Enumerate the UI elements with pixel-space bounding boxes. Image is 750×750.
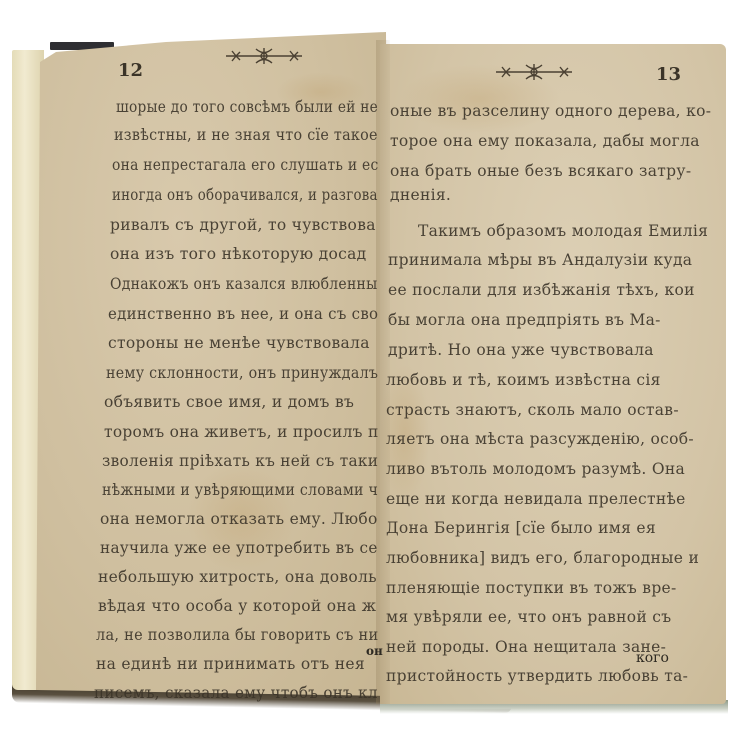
text-line: ривалъ съ другой, то чувствова — [110, 216, 376, 234]
right-page-number: 13 — [656, 64, 681, 85]
text-line: писемъ, сказала ему чтобъ онъ кл — [94, 684, 378, 702]
text-line: она немогла отказать ему. Любо — [100, 510, 378, 528]
text-line: пленяющiе поступки въ тожъ вре- — [386, 579, 677, 597]
text-line: торомъ она живетъ, и просилъ п — [104, 423, 379, 441]
ornament-icon — [492, 62, 576, 82]
text-line: торое она ему показала, дабы могла — [390, 132, 700, 150]
text-line: принимала мѣры въ Андалузiи куда — [388, 251, 692, 269]
text-line: любовника] видъ его, благородные и — [386, 549, 699, 567]
left-page-number: 12 — [118, 60, 143, 81]
right-catchword: кого — [636, 650, 669, 666]
text-line: Однакожъ онъ казался влюбленны — [110, 275, 378, 293]
text-line: ней породы. Она нещитала зане- — [386, 638, 666, 656]
text-line: небольшую хитрость, она доволь — [98, 568, 377, 586]
text-line: мя увѣряли ее, что онъ равной съ — [386, 608, 671, 626]
text-line: Такимъ образомъ молодая Емилiя — [418, 222, 708, 240]
text-line: дненiя. — [390, 186, 451, 204]
text-line: Дона Берингiя [сїе было имя ея — [386, 519, 656, 537]
text-line: ливо вътоль молодомъ разумѣ. Она — [386, 460, 685, 478]
text-line: шорые до того совсѣмъ были ей не — [116, 98, 378, 116]
text-line: стороны не менѣе чувствовала — [108, 334, 370, 352]
text-line: научила уже ее употребить въ се — [100, 539, 378, 557]
ornament-icon — [222, 46, 306, 66]
text-line: она брать оные безъ всякаго затру- — [390, 162, 691, 180]
text-line: страсть знаютъ, сколь мало остав- — [386, 401, 679, 419]
text-line: она непрестагала его слушать и ес — [112, 156, 379, 174]
left-catchword: он — [366, 644, 383, 658]
text-line: объявить свое имя, и домъ въ — [104, 393, 354, 411]
text-line: ла, не позволила бы говорить съ ни — [96, 626, 378, 644]
text-line: зволенiя прiѣхать къ ней съ таки — [102, 452, 378, 470]
text-line: оные въ разселину одного дерева, ко- — [390, 102, 711, 120]
text-line: вѣдая что особа у которой она ж — [98, 597, 376, 615]
open-book: 12 шорые до того совсѣмъ были ей не извѣ… — [0, 0, 750, 750]
text-line: бы могла она предпрiять въ Ма- — [388, 311, 661, 329]
text-line: извѣстны, и не зная что сїе такое — [114, 126, 378, 144]
text-line: она изъ того нѣкоторую досад — [110, 245, 367, 263]
text-line: любовь и тѣ, коимъ извѣстна сiя — [386, 371, 661, 389]
text-line: ее послали для избѣжанiя тѣхъ, кои — [388, 281, 695, 299]
text-line: дритѣ. Но она уже чувствовала — [388, 341, 654, 359]
text-line: пристойность утвердить любовь та- — [386, 667, 688, 685]
text-line: единственно въ нее, и она съ сво — [108, 305, 378, 323]
text-line: иногда онъ оборачивался, и разгова — [112, 186, 378, 204]
text-line: еще ни когда невидала прелестнѣе — [386, 490, 686, 508]
text-line: нѣжными и увѣряющими словами ч — [102, 481, 378, 499]
text-line: на единѣ ни принимать отъ нея — [96, 655, 365, 673]
text-line: нему склонности, онъ принуждалъ — [106, 364, 378, 382]
text-line: ляетъ она мѣста разсужденiю, особ- — [386, 430, 694, 448]
